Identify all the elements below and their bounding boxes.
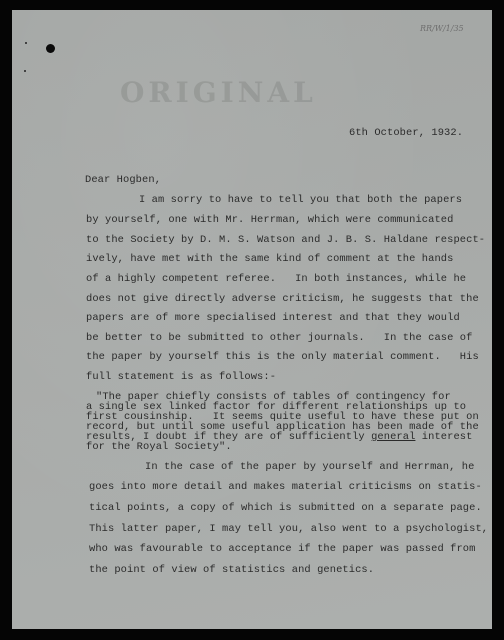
speck <box>25 42 27 44</box>
quote-line: for the Royal Society". <box>86 441 232 453</box>
body-line: tical points, a copy of which is submitt… <box>89 502 482 514</box>
body-line: papers are of more specialised interest … <box>86 312 460 324</box>
underlined-word: general <box>371 431 415 443</box>
body-line: In the case of the paper by yourself and… <box>145 461 474 473</box>
body-line: full statement is as follows:- <box>86 371 276 383</box>
punch-hole <box>46 44 55 53</box>
body-line: ively, have met with the same kind of co… <box>86 253 453 265</box>
body-line: does not give directly adverse criticism… <box>86 293 479 305</box>
letter-page: RR/W/1/35 ORIGINAL 6th October, 1932. De… <box>12 10 492 629</box>
body-line: who was favourable to acceptance if the … <box>89 543 475 555</box>
body-line: I am sorry to have to tell you that both… <box>139 194 462 206</box>
salutation: Dear Hogben, <box>85 174 161 186</box>
body-line: This latter paper, I may tell you, also … <box>89 523 488 535</box>
archive-reference: RR/W/1/35 <box>420 24 464 33</box>
speck <box>24 70 26 72</box>
body-line: the point of view of statistics and gene… <box>89 564 374 576</box>
body-line: to the Society by D. M. S. Watson and J.… <box>86 234 485 246</box>
letter-date: 6th October, 1932. <box>349 127 463 139</box>
quote-text: interest <box>415 431 472 443</box>
body-line: by yourself, one with Mr. Herrman, which… <box>86 214 453 226</box>
body-line: goes into more detail and makes material… <box>89 481 482 493</box>
body-line: of a highly competent referee. In both i… <box>86 273 466 285</box>
faint-watermark: ORIGINAL <box>120 76 317 109</box>
body-line: the paper by yourself this is the only m… <box>86 351 479 363</box>
body-line: be better to be submitted to other journ… <box>86 332 472 344</box>
